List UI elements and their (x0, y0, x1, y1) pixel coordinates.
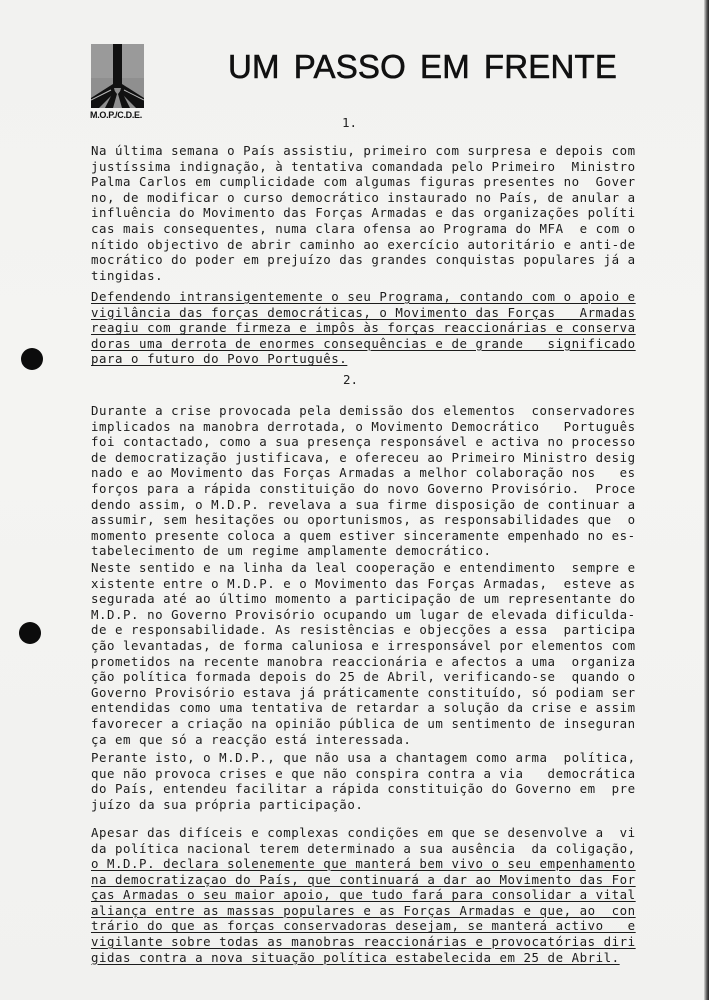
text-line: para o futuro do Povo Português. (91, 351, 681, 367)
document-page: M.O.P./C.D.E. UMPASSOEMFRENTE 1. Na últi… (0, 0, 704, 1000)
page-title: UMPASSOEMFRENTE (228, 48, 617, 86)
paragraph: Perante isto, o M.D.P., que não usa a ch… (91, 750, 681, 812)
text-line: no, de modificar o curso democrático ins… (91, 190, 681, 206)
text-line: favorecer a criação na opinião pública d… (91, 716, 681, 732)
text-line: nado e ao Movimento das Forças Armadas a… (91, 465, 681, 481)
paragraph: Na última semana o País assistiu, primei… (91, 143, 681, 283)
text-line: o M.D.P. declara solenemente que manterá… (91, 856, 681, 872)
text-line: foi contactado, como a sua presença resp… (91, 434, 681, 450)
text-line: entendidas como uma tentativa de retarda… (91, 700, 681, 716)
text-line: trário do que as forças conservadoras de… (91, 918, 681, 934)
title-word: EM (420, 48, 470, 85)
text-line: mocrático do poder em prejuízo das grand… (91, 252, 681, 268)
punch-hole (21, 348, 43, 370)
text-line: doras uma derrota de enormes consequênci… (91, 336, 681, 352)
text-line: da política nacional terem determinado a… (91, 841, 681, 857)
text-line: Durante a crise provocada pela demissão … (91, 403, 681, 419)
section-number: 2. (343, 372, 358, 387)
text-line: Palma Carlos em cumplicidade com algumas… (91, 174, 681, 190)
section-number: 1. (342, 115, 357, 130)
page-edge (704, 0, 709, 1000)
text-line: ção levantadas, de forma caluniosa e irr… (91, 638, 681, 654)
text-line: Defendendo intransigentemente o seu Prog… (91, 289, 681, 305)
paragraph-underlined: o M.D.P. declara solenemente que manterá… (91, 856, 681, 965)
text-line: Apesar das difíceis e complexas condiçõe… (91, 825, 681, 841)
text-line: cas mais consequentes, numa clara ofensa… (91, 221, 681, 237)
paragraph: Apesar das difíceis e complexas condiçõe… (91, 825, 681, 856)
text-line: Governo Provisório estava já práticament… (91, 685, 681, 701)
text-line: ção política formada depois do 25 de Abr… (91, 669, 681, 685)
text-line: ças Armadas o seu maior apoio, que tudo … (91, 887, 681, 903)
text-line: influência do Movimento das Forças Armad… (91, 205, 681, 221)
text-line: vigilante sobre todas as manobras reacci… (91, 934, 681, 950)
title-word: FRENTE (484, 48, 617, 85)
text-line: Na última semana o País assistiu, primei… (91, 143, 681, 159)
text-line: implicados na manobra derrotada, o Movim… (91, 419, 681, 435)
text-line: ça em que só a reacção está interessada. (91, 732, 681, 748)
paragraph: Neste sentido e na linha da leal coopera… (91, 560, 681, 747)
text-line: dendo assim, o M.D.P. revelava a sua fir… (91, 497, 681, 513)
title-word: UM (228, 48, 280, 85)
paragraph: Durante a crise provocada pela demissão … (91, 403, 681, 559)
text-line: Neste sentido e na linha da leal coopera… (91, 560, 681, 576)
text-line: prometidos na recente manobra reaccionár… (91, 654, 681, 670)
mdp-cde-logo-icon (91, 44, 144, 108)
text-line: xistente entre o M.D.P. e o Movimento da… (91, 576, 681, 592)
text-line: aliança entre as massas populares e as F… (91, 903, 681, 919)
text-line: vigilância das forças democráticas, o Mo… (91, 305, 681, 321)
text-line: reagiu com grande firmeza e impôs às for… (91, 320, 681, 336)
title-word: PASSO (294, 48, 406, 85)
text-line: nítido objectivo de abrir caminho ao exe… (91, 237, 681, 253)
punch-hole (19, 622, 41, 644)
text-line: de democratização justificava, e oferece… (91, 450, 681, 466)
paragraph-underlined: Defendendo intransigentemente o seu Prog… (91, 289, 681, 367)
text-line: justíssima indignação, à tentativa coman… (91, 159, 681, 175)
text-line: de e responsabilidade. As resistências e… (91, 622, 681, 638)
text-line: segurada até ao último momento a partici… (91, 591, 681, 607)
text-line: tingidas. (91, 268, 681, 284)
mdp-cde-logo: M.O.P./C.D.E. (91, 44, 144, 122)
logo-label: M.O.P./C.D.E. (90, 110, 150, 120)
text-line: assumir, sem hesitações ou oportunismos,… (91, 512, 681, 528)
text-line: momento presente coloca a quem estiver s… (91, 528, 681, 544)
text-line: na democratizaçao do País, que continuar… (91, 872, 681, 888)
text-line: gidas contra a nova situação política es… (91, 950, 681, 966)
text-line: forços para a rápida constituição do nov… (91, 481, 681, 497)
text-line: M.D.P. no Governo Provisório ocupando um… (91, 607, 681, 623)
text-line: tabelecimento de um regime amplamente de… (91, 543, 681, 559)
text-line: juízo da sua própria participação. (91, 797, 681, 813)
text-line: do País, entendeu facilitar a rápida con… (91, 781, 681, 797)
text-line: Perante isto, o M.D.P., que não usa a ch… (91, 750, 681, 766)
text-line: que não provoca crises e que não conspir… (91, 766, 681, 782)
